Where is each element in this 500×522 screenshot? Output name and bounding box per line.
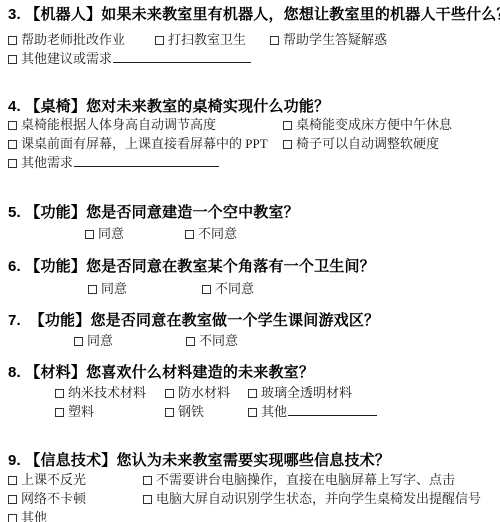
question-9-option-row-3: 其他 [0,510,500,522]
checkbox-icon[interactable] [143,476,152,485]
option-label: 其他 [261,404,287,419]
option-chair-softness-adjust[interactable]: 椅子可以自动调整软硬度 [283,136,439,152]
checkbox-icon[interactable] [8,140,17,149]
checkbox-icon[interactable] [55,389,64,398]
option-label: 其他建议或需求 [21,51,112,66]
checkbox-icon[interactable] [8,495,17,504]
fill-in-blank-line[interactable] [288,404,377,416]
option-label: 不同意 [199,333,238,348]
option-label: 上课不反光 [21,472,86,487]
question-7-heading: 7. 【功能】您是否同意在教室做一个学生课间游戏区？ [8,311,379,330]
checkbox-icon[interactable] [283,121,292,130]
checkbox-icon[interactable] [85,230,94,239]
option-disagree[interactable]: 不同意 [186,333,238,349]
question-5-sky-classroom: 5. 【功能】您是否同意建造一个空中教室？ 同意 不同意 [0,203,500,243]
question-7-game-area: 7. 【功能】您是否同意在教室做一个学生课间游戏区？ 同意 不同意 [0,311,500,350]
option-label: 课桌前面有屏幕，上课直接看屏幕中的 PPT [21,136,268,151]
checkbox-icon[interactable] [185,230,194,239]
checkbox-icon[interactable] [202,285,211,294]
option-label: 网络不卡顿 [21,491,86,506]
option-label: 其他需求 [21,155,73,170]
checkbox-icon[interactable] [74,337,83,346]
checkbox-icon[interactable] [248,408,257,417]
question-6-bathroom: 6. 【功能】您是否同意在教室某个角落有一个卫生间？ 同意 不同意 [0,257,500,298]
question-6-heading: 6. 【功能】您是否同意在教室某个角落有一个卫生间？ [8,257,375,276]
option-other-technology[interactable]: 其他 [8,510,47,522]
checkbox-icon[interactable] [88,285,97,294]
option-help-students-questions[interactable]: 帮助学生答疑解惑 [270,32,387,48]
question-9-option-row-2: 网络不卡顿 电脑大屏自动识别学生状态，并向学生桌椅发出提醒信号 [0,491,500,507]
option-no-glare[interactable]: 上课不反光 [8,472,86,488]
option-agree[interactable]: 同意 [88,281,127,297]
option-other-material[interactable]: 其他 [248,404,377,420]
option-label: 塑料 [68,404,94,419]
checkbox-icon[interactable] [248,389,257,398]
option-label: 打扫教室卫生 [168,32,246,47]
checkbox-icon[interactable] [186,337,195,346]
checkbox-icon[interactable] [8,476,17,485]
question-4-heading: 4. 【桌椅】您对未来教室的桌椅实现什么功能？ [8,97,329,116]
checkbox-icon[interactable] [8,36,17,45]
option-agree[interactable]: 同意 [74,333,113,349]
checkbox-icon[interactable] [155,36,164,45]
option-label: 玻璃全透明材料 [261,385,352,400]
option-turn-into-bed[interactable]: 桌椅能变成床方便中午休息 [283,117,452,133]
checkbox-icon[interactable] [8,159,17,168]
option-agree[interactable]: 同意 [85,226,124,242]
option-clean-classroom[interactable]: 打扫教室卫生 [155,32,246,48]
option-label: 同意 [101,281,127,296]
option-label: 帮助老师批改作业 [21,32,125,47]
option-label: 桌椅能变成床方便中午休息 [296,117,452,132]
question-4-option-row-3: 其他需求 [0,155,500,171]
question-4-option-row-1: 桌椅能根据人体身高自动调节高度 桌椅能变成床方便中午休息 [0,117,500,133]
option-waterproof-material[interactable]: 防水材料 [165,385,230,401]
option-label: 同意 [98,226,124,241]
option-label: 防水材料 [178,385,230,400]
question-9-heading: 9. 【信息技术】您认为未来教室需要实现哪些信息技术？ [8,451,390,470]
option-label: 不同意 [198,226,237,241]
option-no-network-lag[interactable]: 网络不卡顿 [8,491,86,507]
option-auto-detect-student-status[interactable]: 电脑大屏自动识别学生状态，并向学生桌椅发出提醒信号 [143,491,481,507]
option-label: 椅子可以自动调整软硬度 [296,136,439,151]
question-9-option-row-1: 上课不反光 不需要讲台电脑操作，直接在电脑屏幕上写字、点击 [0,472,500,488]
option-plastic[interactable]: 塑料 [55,404,94,420]
option-label: 帮助学生答疑解惑 [283,32,387,47]
option-nano-material[interactable]: 纳米技术材料 [55,385,146,401]
option-disagree[interactable]: 不同意 [202,281,254,297]
checkbox-icon[interactable] [143,495,152,504]
option-label: 同意 [87,333,113,348]
question-5-heading: 5. 【功能】您是否同意建造一个空中教室？ [8,203,299,222]
option-transparent-glass[interactable]: 玻璃全透明材料 [248,385,352,401]
option-help-teacher-grade[interactable]: 帮助老师批改作业 [8,32,125,48]
checkbox-icon[interactable] [8,121,17,130]
question-4-option-row-2: 课桌前面有屏幕，上课直接看屏幕中的 PPT 椅子可以自动调整软硬度 [0,136,500,152]
option-steel[interactable]: 钢铁 [165,404,204,420]
checkbox-icon[interactable] [270,36,279,45]
checkbox-icon[interactable] [8,514,17,522]
question-8-option-row-1: 纳米技术材料 防水材料 玻璃全透明材料 [0,385,500,401]
option-other-needs[interactable]: 其他需求 [8,155,219,171]
fill-in-blank-line[interactable] [113,51,251,63]
checkbox-icon[interactable] [283,140,292,149]
option-label: 钢铁 [178,404,204,419]
option-label: 电脑大屏自动识别学生状态，并向学生桌椅发出提醒信号 [156,491,481,506]
question-9-information-technology: 9. 【信息技术】您认为未来教室需要实现哪些信息技术？ 上课不反光 不需要讲台电… [0,451,500,522]
option-other-suggestion[interactable]: 其他建议或需求 [8,51,251,67]
option-label: 不同意 [215,281,254,296]
question-7-option-row: 同意 不同意 [0,333,500,349]
question-6-option-row: 同意 不同意 [0,281,500,297]
checkbox-icon[interactable] [165,408,174,417]
checkbox-icon[interactable] [8,55,17,64]
question-4-desk-chair: 4. 【桌椅】您对未来教室的桌椅实现什么功能？ 桌椅能根据人体身高自动调节高度 … [0,97,500,173]
question-3-option-row-2: 其他建议或需求 [0,51,500,67]
question-8-materials: 8. 【材料】您喜欢什么材料建造的未来教室？ 纳米技术材料 防水材料 玻璃全透明… [0,363,500,421]
option-label: 桌椅能根据人体身高自动调节高度 [21,117,216,132]
question-3-robot: 3. 【机器人】如果未来教室里有机器人，您想让教室里的机器人干些什么？ 帮助老师… [0,5,500,67]
option-label: 纳米技术材料 [68,385,146,400]
question-8-heading: 8. 【材料】您喜欢什么材料建造的未来教室？ [8,363,314,382]
option-label: 其他 [21,510,47,522]
question-3-option-row-1: 帮助老师批改作业 打扫教室卫生 帮助学生答疑解惑 [0,32,500,48]
option-direct-screen-write[interactable]: 不需要讲台电脑操作，直接在电脑屏幕上写字、点击 [143,472,455,488]
option-desk-screen-ppt[interactable]: 课桌前面有屏幕，上课直接看屏幕中的 PPT [8,136,268,152]
option-disagree[interactable]: 不同意 [185,226,237,242]
option-auto-height-adjust[interactable]: 桌椅能根据人体身高自动调节高度 [8,117,216,133]
option-label: 不需要讲台电脑操作，直接在电脑屏幕上写字、点击 [156,472,455,487]
question-5-option-row: 同意 不同意 [0,226,500,242]
questionnaire-page: 3. 【机器人】如果未来教室里有机器人，您想让教室里的机器人干些什么？ 帮助老师… [0,0,500,522]
checkbox-icon[interactable] [55,408,64,417]
question-8-option-row-2: 塑料 钢铁 其他 [0,404,500,420]
question-3-heading: 3. 【机器人】如果未来教室里有机器人，您想让教室里的机器人干些什么？ [8,5,500,24]
checkbox-icon[interactable] [165,389,174,398]
fill-in-blank-line[interactable] [74,155,219,167]
